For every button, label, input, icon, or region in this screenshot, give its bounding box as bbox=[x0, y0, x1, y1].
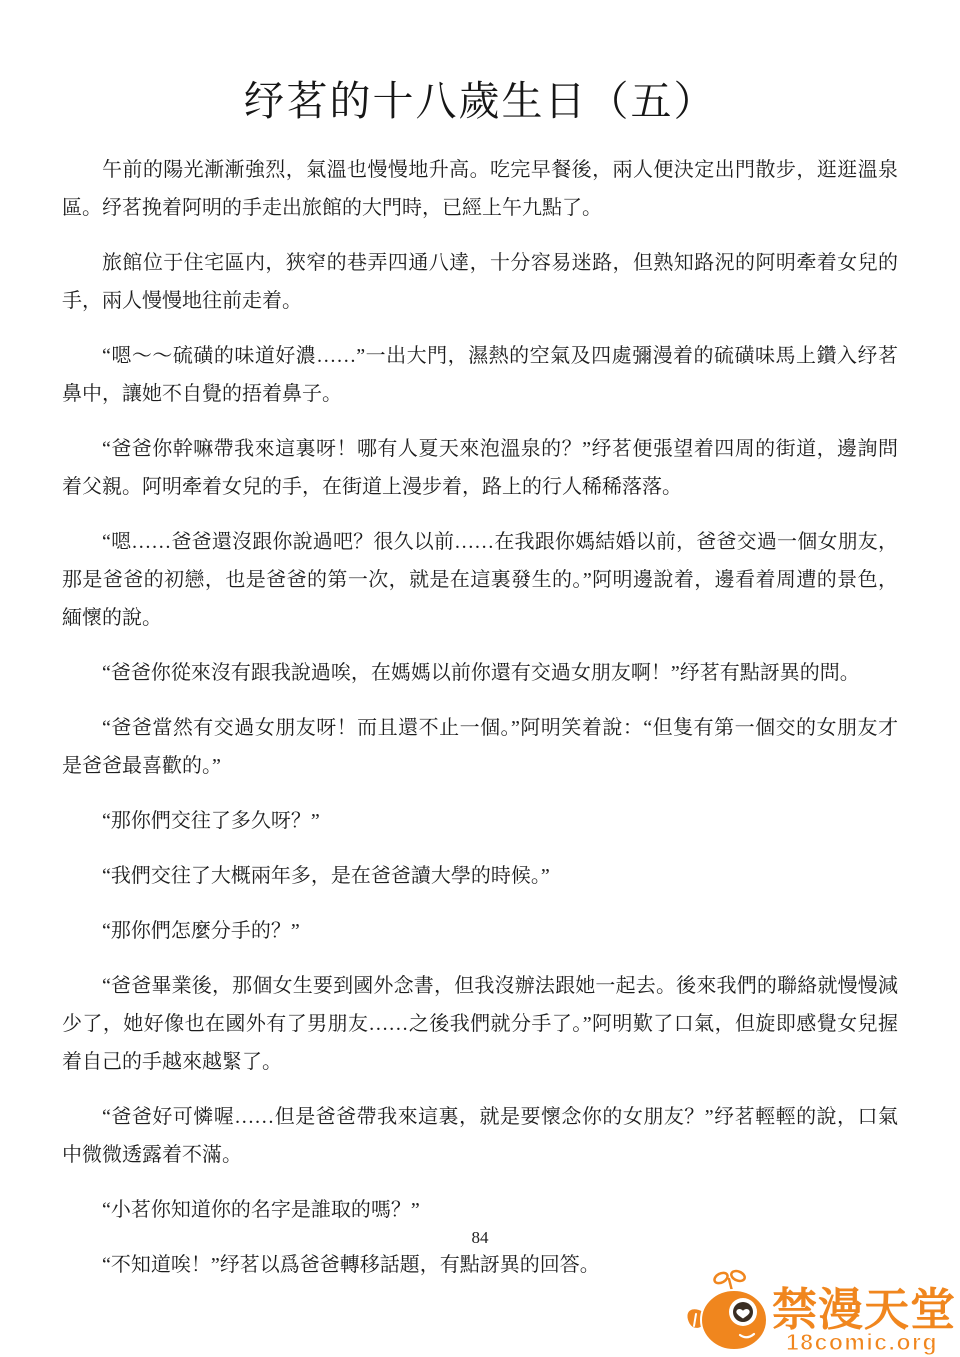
paragraph: “我們交往了大概兩年多，是在爸爸讀大學的時候。” bbox=[62, 857, 898, 895]
paragraph: “爸爸畢業後，那個女生要到國外念書，但我沒辦法跟她一起去。後來我們的聯絡就慢慢減… bbox=[62, 967, 898, 1081]
paragraph: 旅館位于住宅區内，狹窄的巷弄四通八達，十分容易迷路，但熟知路況的阿明牽着女兒的手… bbox=[62, 244, 898, 320]
document-page: 纾茗的十八歲生日（五） 午前的陽光漸漸強烈，氣溫也慢慢地升高。吃完早餐後，兩人便… bbox=[0, 0, 960, 1357]
paragraph: “嗯……爸爸還沒跟你說過吧？很久以前……在我跟你媽結婚以前，爸爸交過一個女朋友，… bbox=[62, 523, 898, 637]
paragraph: “嗯～～硫磺的味道好濃……”一出大門，濕熱的空氣及四處彌漫着的硫磺味馬上鑽入纾茗… bbox=[62, 337, 898, 413]
story-body: 午前的陽光漸漸強烈，氣溫也慢慢地升高。吃完早餐後，兩人便決定出門散步，逛逛溫泉區… bbox=[62, 151, 898, 1284]
paragraph: “那你們交往了多久呀？” bbox=[62, 802, 898, 840]
paragraph: “爸爸當然有交過女朋友呀！而且還不止一個。”阿明笑着說：“但隻有第一個交的女朋友… bbox=[62, 709, 898, 785]
paragraph: “爸爸好可憐喔……但是爸爸帶我來這裏，就是要懷念你的女朋友？”纾茗輕輕的說，口氣… bbox=[62, 1098, 898, 1174]
page-number: 84 bbox=[0, 1228, 960, 1248]
paragraph: “那你們怎麼分手的？” bbox=[62, 912, 898, 950]
paragraph: “爸爸你從來沒有跟我說過唉，在媽媽以前你還有交過女朋友啊！”纾茗有點訝異的問。 bbox=[62, 654, 898, 692]
paragraph: 午前的陽光漸漸強烈，氣溫也慢慢地升高。吃完早餐後，兩人便決定出門散步，逛逛溫泉區… bbox=[62, 151, 898, 227]
paragraph: “小茗你知道你的名字是誰取的嗎？” bbox=[62, 1191, 898, 1229]
site-watermark: 禁漫天堂 18comic.org bbox=[682, 1269, 954, 1357]
paragraph: “爸爸你幹嘛帶我來這裏呀！哪有人夏天來泡溫泉的？”纾茗便張望着四周的街道，邊詢問… bbox=[62, 430, 898, 506]
watermark-site-name-text: 禁漫天堂 bbox=[772, 1284, 954, 1335]
watermark-site-url-text: 18comic.org bbox=[786, 1329, 938, 1355]
page-title: 纾茗的十八歲生日（五） bbox=[0, 0, 960, 127]
whale-heart-eye-icon bbox=[687, 1269, 767, 1350]
